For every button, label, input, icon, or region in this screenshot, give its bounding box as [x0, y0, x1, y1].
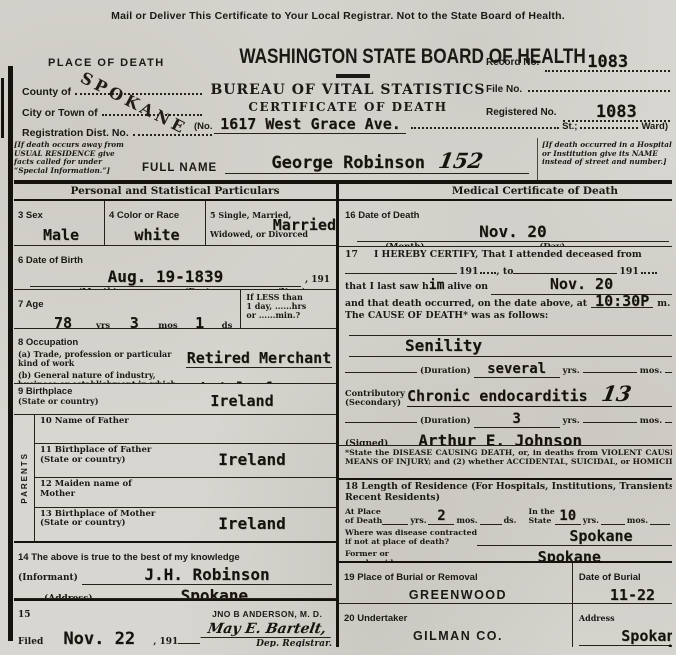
contracted-label: Where was disease contractedif not at pl…	[345, 529, 477, 546]
parents-section: PARENTS 10 Name of Father 11 Birthplace …	[14, 415, 336, 541]
registrar-signature: May E. Bartelt,	[201, 621, 334, 638]
certificate-body: Personal and Statistical Particulars 3 S…	[14, 181, 672, 647]
ward-label: Ward)	[641, 121, 668, 132]
race-field: 4 Color or Race white	[105, 201, 206, 244]
informant-address-value: Spokane	[97, 586, 332, 599]
certify-section: 17 I HEREBY CERTIFY, That I attended dec…	[339, 247, 672, 445]
time-m-label: m.	[657, 298, 670, 310]
mother-birthplace-row: 13 Birthplace of Mother (State or countr…	[35, 508, 336, 541]
mother-birthplace-value: Ireland	[168, 508, 336, 541]
street-no-prefix: (No.	[194, 121, 212, 132]
at-place-mos-line: 2	[428, 505, 454, 525]
certify-to-text: , to	[496, 266, 513, 278]
former-residence-value: Spokane	[414, 548, 672, 563]
at-place-label: At Placeof Death	[345, 508, 382, 525]
dob-label: 6 Date of Birth	[18, 255, 83, 266]
contributory-value: Chronic endocarditis	[407, 387, 588, 405]
age-row: 7 Age 78 yrs 3 mos 1 ds If LESS than 1 d…	[14, 290, 336, 329]
attended-from-191: 191	[459, 266, 478, 278]
him-typed: im	[429, 280, 445, 292]
informant-label: (Informant)	[18, 573, 78, 583]
certify-text-3b: alive on	[447, 281, 488, 293]
father-name-row: 10 Name of Father	[35, 415, 336, 444]
burial-row: 19 Place of Burial or Removal GREENWOOD …	[339, 563, 672, 604]
undertaker-value: GILMAN CO.	[344, 629, 572, 643]
duration2-yrs-caption: yrs.	[563, 416, 580, 426]
father-birthplace-row: 11 Birthplace of Father (State or countr…	[35, 444, 336, 478]
duration1-mos-caption: mos.	[640, 366, 662, 376]
in-state-mos-line	[601, 514, 625, 525]
full-name-value: George Robinson	[271, 153, 425, 173]
filed-number: 15	[18, 610, 31, 620]
undertaker-row: 20 Undertaker GILMAN CO. Address Spokane…	[339, 604, 672, 647]
father-name-label: 10 Name of Father	[35, 415, 168, 443]
age-yrs-caption: yrs	[96, 321, 110, 329]
contributory-row: Contributory(Secondary) Chronic endocard…	[345, 381, 672, 407]
contracted-value: Spokane	[477, 527, 672, 546]
former-residence-line: Former orusual residence Spokane	[345, 548, 672, 563]
occupation-a-label: (a) Trade, profession or particular kind…	[18, 350, 186, 368]
record-no-label: Record No.	[486, 57, 539, 68]
sex-race-marital-row: 3 Sex Male 4 Color or Race white 5 Singl…	[14, 201, 336, 245]
date-of-death-row: 16 Date of Death Nov. 20 , 191 7 (Month)…	[339, 201, 672, 247]
street-row: (No. 1617 West Grace Ave. St.; Ward)	[194, 115, 668, 134]
attended-to-year-line	[641, 262, 657, 274]
at-place-mos-value: 2	[437, 508, 445, 524]
signed-label: (Signed)	[345, 439, 388, 445]
sex-label: 3 Sex	[18, 210, 43, 221]
birthplace-value: Ireland	[148, 384, 336, 414]
occupation-a-value: Retired Merchant	[186, 349, 332, 368]
filed-year-line	[178, 634, 200, 644]
cause-value: Senility	[405, 336, 482, 355]
duration1-label: (Duration)	[420, 366, 471, 376]
full-name-field: FULL NAME George Robinson 152	[132, 138, 537, 180]
duration2-row: (Duration) 3 yrs. mos. ds.	[345, 411, 672, 431]
street-value: 1617 West Grace Ave.	[220, 115, 401, 133]
in-state-yrs-line: 10	[555, 505, 581, 525]
age-days-line: 1	[182, 313, 218, 329]
registrar-block: JNO B ANDERSON, M. D. May E. Bartelt, De…	[200, 602, 334, 647]
undertaker-address-value: Spokane	[579, 627, 672, 646]
informant-heading: 14 The above is true to the best of my k…	[18, 552, 240, 563]
birthplace-sub-label: (State or country)	[18, 397, 148, 406]
at-place-yrs-caption: yrs.	[410, 515, 426, 525]
undertaker-field: 20 Undertaker GILMAN CO.	[339, 604, 573, 647]
dob-value: Aug. 19-1839	[108, 267, 224, 286]
marital-field: 5 Single, Married, Widowed, or Divorced …	[206, 201, 336, 244]
binding-mark	[1, 78, 4, 138]
street-suffix: St.;	[562, 121, 577, 132]
filed-date-value: Nov. 22	[63, 629, 135, 647]
attended-from-year-line	[480, 262, 496, 274]
in-state-label: In theState	[528, 508, 554, 525]
cause-footnote: *State the DISEASE CAUSING DEATH, or, in…	[339, 445, 672, 480]
personal-title: Personal and Statistical Particulars	[14, 184, 336, 201]
age-field: 7 Age 78 yrs 3 mos 1 ds	[14, 290, 240, 328]
duration2-mos-line	[583, 412, 637, 423]
disease-contracted-line: Where was disease contractedif not at pl…	[345, 527, 672, 546]
attended-from-line	[345, 263, 457, 274]
place-of-death-label: PLACE OF DEATH	[48, 57, 165, 69]
duration2-value: 3	[512, 411, 520, 427]
parents-vertical-label: PARENTS	[14, 415, 35, 541]
burial-date-line: 11-22	[579, 586, 672, 604]
personal-column: Personal and Statistical Particulars 3 S…	[14, 184, 339, 647]
at-place-yrs-line	[382, 514, 408, 525]
undertaker-address-label: Address	[579, 613, 615, 623]
filed-year-prefix: , 191	[153, 637, 178, 647]
less-than-one-day-note: If LESS than 1 day, ......hrs or ......m…	[240, 290, 336, 328]
bureau-title: BUREAU OF VITAL STATISTICS	[196, 82, 500, 98]
residence-length-line: At Placeof Death yrs. 2 mos. ds. In theS…	[345, 505, 672, 525]
medical-title: Medical Certificate of Death	[339, 184, 672, 201]
street-line: 1617 West Grace Ave.	[214, 115, 406, 134]
cause-intro: The CAUSE OF DEATH* was as follows:	[345, 310, 548, 322]
duration2-lead-line	[345, 412, 417, 423]
age-mos-caption: mos	[158, 321, 177, 329]
duration2-label: (Duration)	[420, 416, 471, 426]
undertaker-label: 20 Undertaker	[344, 613, 407, 624]
burial-date-value: 11-22	[610, 586, 655, 604]
county-label: County of	[22, 86, 71, 98]
record-no-row: Record No. 1083	[486, 50, 670, 72]
age-months-value: 3	[130, 314, 139, 329]
contributory-line: Chronic endocarditis 13	[407, 381, 672, 407]
age-years-line: 78	[34, 313, 92, 329]
full-name-row: [If death occurs away from USUAL RESIDEN…	[14, 138, 672, 183]
race-value: white	[109, 226, 205, 244]
filed-row: 15 Filed Nov. 22 , 191 JNO B ANDERSON, M…	[14, 599, 336, 647]
burial-place-value: GREENWOOD	[344, 588, 572, 602]
attended-to-191: 191	[619, 266, 638, 278]
attended-to-line	[513, 263, 617, 274]
signed-row: (Signed) Arthur E. Johnson M. D.	[345, 431, 672, 445]
informant-value: J.H. Robinson	[82, 565, 332, 585]
at-place-ds-line	[480, 514, 502, 525]
duration2-mos-caption: mos.	[640, 416, 662, 426]
birthplace-field: 9 Birthplace (State or country)	[14, 384, 148, 414]
age-ds-caption: ds	[222, 321, 233, 329]
mail-instruction: Mail or Deliver This Certificate to Your…	[0, 10, 676, 22]
undertaker-address-field: Address Spokane J	[573, 604, 672, 647]
filed-field: 15 Filed Nov. 22 , 191	[18, 602, 200, 647]
cause-block: Senility (Duration) several yrs. mos. ds…	[345, 325, 672, 445]
street-gap-line	[411, 118, 559, 129]
date-of-birth-row: 6 Date of Birth Aug. 19-1839 , 191 (Mont…	[14, 246, 336, 291]
sex-value: Male	[18, 226, 104, 244]
occupation-row: 8 Occupation (a) Trade, profession or pa…	[14, 329, 336, 384]
signed-line: Arthur E. Johnson	[392, 431, 672, 445]
dod-label: 16 Date of Death	[345, 210, 419, 221]
usual-residence-note: [If death occurs away from USUAL RESIDEN…	[14, 138, 132, 180]
at-place-ds-caption: ds.	[504, 515, 517, 525]
certificate-title: CERTIFICATE OF DEATH	[196, 100, 500, 114]
in-state-mos-caption: mos.	[627, 515, 648, 525]
dob-line: Aug. 19-1839	[30, 267, 301, 287]
father-birthplace-value: Ireland	[168, 444, 336, 477]
former-residence-label: Former orusual residence	[345, 550, 414, 563]
in-state-yrs-caption: yrs.	[583, 515, 599, 525]
certify-text-4: and that death occurred, on the date abo…	[345, 298, 587, 310]
residence-row: 18 Length of Residence (For Hospitals, I…	[339, 480, 672, 563]
signed-value: Arthur E. Johnson	[418, 431, 582, 445]
duration2-yrs-line: 3	[474, 411, 560, 428]
informant-row: 14 The above is true to the best of my k…	[14, 541, 336, 599]
registrar-title: Dep. Registrar.	[200, 639, 334, 647]
duration1-lead-line	[345, 362, 417, 373]
age-months-line: 3	[114, 313, 154, 329]
title-rule	[336, 74, 370, 78]
dod-line: Nov. 20	[357, 222, 669, 242]
file-no-label: File No.	[486, 84, 522, 95]
cause-line: Senility	[349, 336, 672, 357]
father-birthplace-label: 11 Birthplace of Father (State or countr…	[35, 444, 168, 477]
filed-label: Filed	[18, 637, 43, 647]
marital-value: Married	[273, 216, 336, 234]
death-certificate: Mail or Deliver This Certificate to Your…	[0, 0, 676, 655]
mother-name-label: 12 Maiden name of Mother	[35, 478, 168, 506]
registrar-stamp: JNO B ANDERSON, M. D.	[212, 609, 322, 619]
contributory-handwritten: 13	[599, 381, 633, 406]
hospital-note: [If death occurred in a Hospital or Inst…	[537, 138, 672, 180]
burial-date-field: Date of Burial 11-22 191 7	[573, 563, 672, 603]
burial-date-label: Date of Burial	[579, 572, 641, 583]
duration1-yrs-caption: yrs.	[563, 366, 580, 376]
occupation-b-label: (b) General nature of industry, business…	[18, 371, 186, 384]
in-state-ds-line	[650, 514, 670, 525]
duration1-row: (Duration) several yrs. mos. ds.	[345, 361, 672, 381]
age-years-value: 78	[54, 314, 72, 329]
city-label: City or Town of	[22, 107, 98, 119]
file-no-line	[528, 80, 670, 92]
age-label: 7 Age	[18, 299, 44, 310]
dob-year-prefix: , 191	[305, 275, 330, 285]
record-no-line: 1083	[545, 50, 670, 72]
burial-place-label: 19 Place of Burial or Removal	[344, 572, 478, 583]
duration1-mos-line	[583, 362, 637, 373]
board-title: WASHINGTON STATE BOARD OF HEALTH	[196, 44, 500, 69]
filed-date-line: Nov. 22	[45, 629, 153, 647]
residence-label: 18 Length of Residence (For Hospitals, I…	[345, 482, 672, 503]
burial-place-field: 19 Place of Burial or Removal GREENWOOD	[339, 563, 573, 603]
at-place-mos-caption: mos.	[456, 515, 477, 525]
duration1-value: several	[487, 361, 546, 377]
medical-column: Medical Certificate of Death 16 Date of …	[339, 184, 672, 647]
certify-number: 17	[345, 249, 358, 261]
cause-blank-line	[349, 325, 672, 336]
ward-line	[580, 118, 638, 129]
contributory-label: Contributory(Secondary)	[345, 389, 407, 407]
last-seen-value: Nov. 20	[550, 275, 613, 293]
duration1-yrs-line: several	[474, 361, 560, 378]
sex-field: 3 Sex Male	[14, 201, 105, 244]
binding-bar	[8, 66, 13, 641]
mother-name-row: 12 Maiden name of Mother	[35, 478, 336, 507]
birthplace-row: 9 Birthplace (State or country) Ireland	[14, 384, 336, 415]
time-of-death: 10:30P	[591, 295, 653, 308]
race-label: 4 Color or Race	[109, 210, 179, 221]
mother-name-value	[168, 478, 336, 506]
mother-birthplace-label: 13 Birthplace of Mother (State or countr…	[35, 508, 168, 541]
name-annotation: 152	[437, 148, 485, 173]
certify-text-3a: that I last saw h	[345, 281, 429, 293]
duration2-ds-line	[665, 412, 672, 423]
father-name-value	[168, 415, 336, 443]
age-days-value: 1	[195, 314, 204, 329]
full-name-label: FULL NAME	[142, 162, 217, 174]
file-no-row: File No.	[486, 80, 670, 95]
certify-text-1: I HEREBY CERTIFY, That I attended deceas…	[374, 249, 642, 261]
less-note-line3: or ......min.?	[246, 311, 334, 320]
dod-value: Nov. 20	[479, 222, 546, 241]
in-state-yrs-value: 10	[559, 508, 576, 524]
record-no-value: 1083	[587, 52, 628, 72]
full-name-line: George Robinson 152	[225, 148, 529, 174]
occupation-label: 8 Occupation	[18, 337, 78, 348]
duration1-ds-line	[665, 362, 672, 373]
